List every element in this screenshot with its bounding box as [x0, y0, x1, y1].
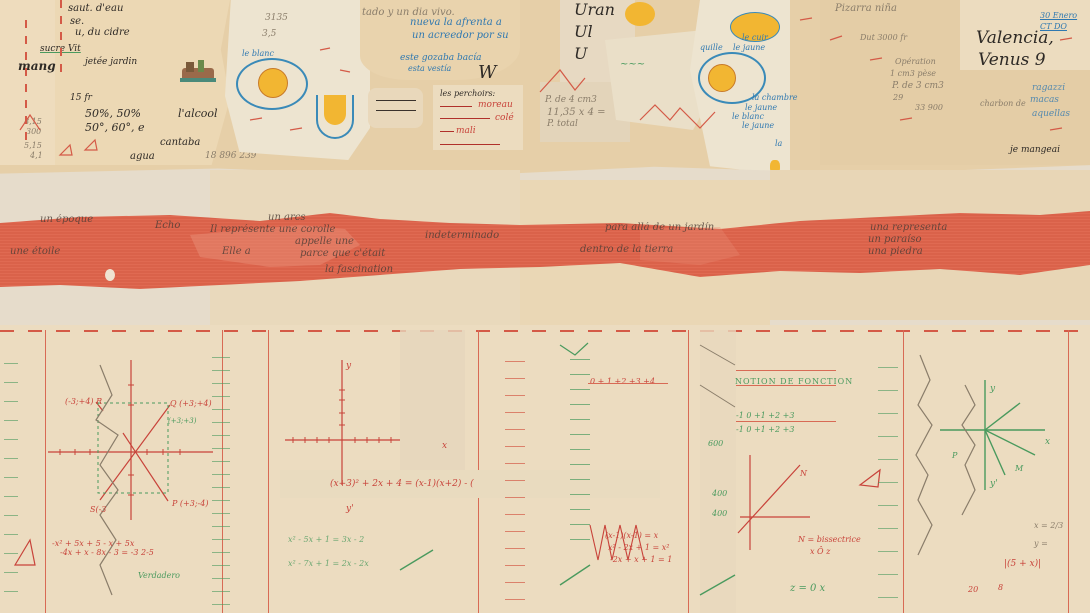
axis-label: y [346, 362, 351, 371]
band-text: indeterminado [425, 230, 499, 241]
factor-line: x² - 2x + 1 = x² [608, 544, 670, 552]
point-label: M [1015, 465, 1023, 473]
equation: -x² + 5x + 5 - x + 5x [52, 540, 134, 548]
red-crayon-band [0, 205, 1090, 295]
value-label: 600 [708, 440, 723, 448]
band-text: una piedra [868, 246, 923, 257]
point-label: P (+3;-4) [172, 500, 208, 508]
band-text: un arcs [268, 212, 306, 223]
point-label: Q (+3;+4) [170, 400, 212, 408]
number-line-rule [588, 383, 668, 384]
axis-label: x [1045, 438, 1050, 447]
collage-artwork: saut. d'eau se. u, du cidre sucre Vit ma… [0, 0, 1090, 613]
axis-label: y' [346, 505, 354, 514]
value-label: 400 [712, 510, 727, 518]
ladder-marks [570, 345, 590, 545]
band-text: un époque [40, 214, 93, 225]
point-label: N [800, 470, 807, 478]
dashed-label: (+3;+3) [168, 418, 196, 425]
band-text: la fascination [325, 264, 393, 275]
ladder-marks [505, 345, 525, 605]
point-label: (-3;+4) R [65, 398, 102, 406]
ladder-marks [4, 345, 18, 605]
band-text: une étoile [10, 246, 60, 257]
graph-note: z = 0 x [790, 584, 825, 594]
red-pencil-marks [0, 0, 1090, 180]
factor-line: -2x + x + 1 = 1 [610, 556, 672, 564]
band-text: parce que c'était [300, 248, 385, 259]
fraction-equation: x² - 5x + 1 = 3x - 2 [288, 536, 364, 544]
right-math: y = [1034, 540, 1048, 548]
band-text: una representa [870, 222, 947, 233]
right-math: 8 [998, 584, 1003, 592]
ladder-marks [212, 345, 230, 605]
band-text: un paraíso [868, 234, 922, 245]
math-drawings [0, 325, 1090, 613]
point-label: S(-3 [90, 506, 106, 514]
band-text: Echo [155, 220, 180, 231]
graph-note: x Ô z [810, 548, 830, 556]
axis-label: x [442, 442, 447, 451]
heading-rule [736, 385, 836, 386]
graph-note: N = bissectrice [798, 536, 861, 544]
right-math: |(5 + x)| [1004, 560, 1041, 569]
heading-rule [736, 370, 836, 371]
point-label: P [952, 452, 957, 460]
band-text: Elle a [222, 246, 251, 257]
number-line: -1 0 +1 +2 +3 [736, 412, 794, 420]
right-math: 20 [968, 586, 978, 594]
band-text: appelle une [295, 236, 354, 247]
axis-label: y [990, 385, 995, 394]
number-line-rule [736, 421, 836, 422]
equation: -4x + x - 8x - 3 = -3 2-5 [60, 549, 154, 557]
axis-label: y' [990, 480, 998, 489]
fraction-equation: x² - 7x + 1 = 2x - 2x [288, 560, 369, 568]
factor-line: (x-1)(x-1) = x [605, 532, 658, 540]
band-text: Il représente une corolle [210, 224, 335, 235]
ladder-marks [878, 345, 898, 605]
equation: Verdadero [138, 572, 180, 580]
band-text: dentro de la tierra [580, 244, 673, 255]
band-text: para allá de un jardín [605, 222, 714, 233]
number-line: 0 + 1 +2 +3 +4 [590, 378, 655, 386]
value-label: 400 [712, 490, 727, 498]
factor-equation: (x+3)² + 2x + 4 = (x-1)(x+2) - ( [330, 480, 474, 489]
right-math: x = 2/3 [1034, 522, 1063, 530]
number-line: -1 0 +1 +2 +3 [736, 426, 794, 434]
